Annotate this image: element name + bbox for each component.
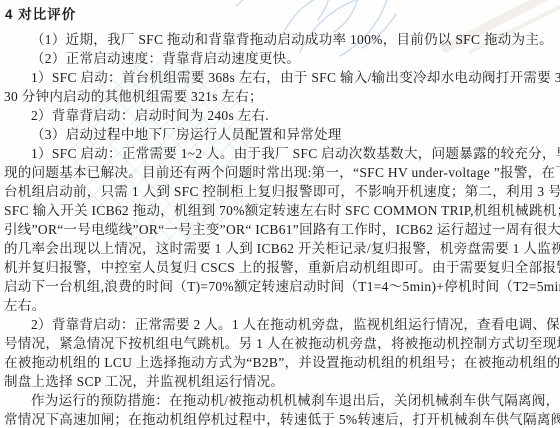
text-line: 常情况下高速加闸；在拖动机组停机过程中，转速低于 5%转速后，打开机械刹车供气隔… (4, 410, 556, 428)
text-line: 制盘上选择 SCP 工况，并监视机组运行情况。 (4, 372, 556, 391)
text-line: （1）近期，我厂 SFC 拖动和背靠背拖动启动成功率 100%，目前仍以 SFC… (4, 30, 556, 49)
text-line: 1）SFC 启动：首台机组需要 368s 左右，由于 SFC 输入/输出变冷却水… (4, 68, 556, 87)
text-line: 2）背靠背启动：启动时间为 240s 左右. (4, 106, 556, 125)
text-line: 1）SFC 启动：正常需要 1~2 人。由于我厂 SFC 启动次数基数大，问题暴… (4, 144, 556, 163)
text-line: 引线”OR“一号电缆线”OR“一号主变”OR“ ICB61”回路有工作时，ICB… (4, 220, 556, 239)
text-line: 作为运行的预防措施：在拖动机/被拖动机机械刹车退出后，关闭机械刹车供气隔离阀，防… (4, 391, 556, 410)
text-line: 启动下一台机组,浪费的时间（T)=70%额定转速启动时间（T1=4～5min)+… (4, 277, 556, 296)
document-body: （1）近期，我厂 SFC 拖动和背靠背拖动启动成功率 100%，目前仍以 SFC… (4, 30, 556, 428)
section-heading: 4 对比评价 (5, 6, 556, 23)
text-line: 2）背靠背启动：正常需要 2 人。1 人在拖动机旁盘，监视机组运行情况，查看电调… (4, 315, 556, 334)
text-line: SFC 输入开关 ICB62 拖动，机组到 70%额定转速左右时 SFC COM… (4, 201, 556, 220)
text-line: （3）启动过程中地下厂房运行人员配置和异常处理 (4, 125, 556, 144)
document-content: 4 对比评价 （1）近期，我厂 SFC 拖动和背靠背拖动启动成功率 100%，目… (0, 0, 560, 428)
text-line: 在被拖动机组的 LCU 上选择拖动方式为“B2B”，并设置拖动机组的机组号；在被… (4, 353, 556, 372)
text-line: 现的问题基本已解决。目前还有两个问题时常出现:第一，“SFC HV under-… (4, 163, 556, 182)
text-line: 机并复归报警，中控室人员复归 CSCS 上的报警，重新启动机组即可。由于需要复归… (4, 258, 556, 277)
text-line: （2）正常启动速度：背靠背启动速度更快。 (4, 49, 556, 68)
text-line: 台机组启动前，只需 1 人到 SFC 控制柜上复归报警即可，不影响开机速度；第二… (4, 182, 556, 201)
document-page: 4 对比评价 （1）近期，我厂 SFC 拖动和背靠背拖动启动成功率 100%，目… (0, 0, 560, 428)
text-line: 的几率会出现以上情况，这时需要 1 人到 ICB62 开关柜记录/复归报警，机旁… (4, 239, 556, 258)
text-line: 号情况，紧急情况下按机组电气跳机。另 1 人在被拖动机旁盘，将被拖动机控制方式切… (4, 334, 556, 353)
text-line: 30 分钟内启动的其他机组需要 321s 左右； (4, 87, 556, 106)
text-line: 左右。 (4, 296, 556, 315)
